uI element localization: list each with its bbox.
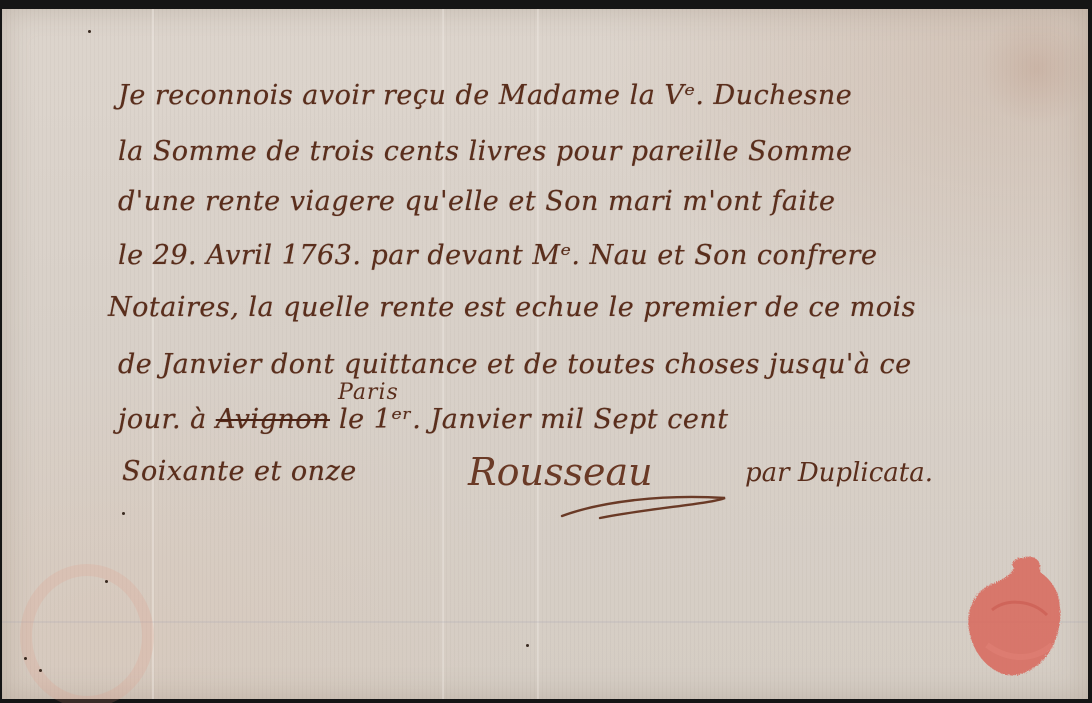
text-line-1: Je reconnois avoir reçu de Madame la Vᵉ.… [118,80,852,111]
age-stain [982,9,1092,129]
text-line-2: la Somme de trois cents livres pour pare… [118,136,852,167]
line7-start: jour. à [118,404,207,435]
ink-speck [24,657,27,660]
ink-speck [88,30,91,33]
scanned-document: Je reconnois avoir reçu de Madame la Vᵉ.… [0,0,1092,703]
text-line-3: d'une rente viagere qu'elle et Son mari … [118,186,835,217]
text-line-4: le 29. Avril 1763. par devant Mᵉ. Nau et… [118,240,877,271]
ink-speck [526,644,529,647]
text-line-5: Notaires, la quelle rente est echue le p… [108,292,916,323]
text-line-8: Soixante et onze [122,456,357,487]
ink-speck [122,512,125,515]
inserted-place-name: Paris [338,380,399,405]
struck-out-place-name: Avignon [216,404,330,435]
postscript-duplicata: par Duplicata. [745,458,933,488]
text-line-6: de Janvier dont quittance et de toutes c… [118,349,912,380]
ink-speck [105,580,108,583]
seal-ghost-stain [20,564,154,703]
wax-seal [962,550,1074,680]
signature-flourish [560,482,740,522]
fold-line [2,621,1088,623]
line7-tail: le 1ᵉʳ. Janvier mil Sept cent [339,404,729,435]
ink-speck [39,669,42,672]
text-line-7: jour. à Avignon le 1ᵉʳ. Janvier mil Sept… [118,404,729,435]
